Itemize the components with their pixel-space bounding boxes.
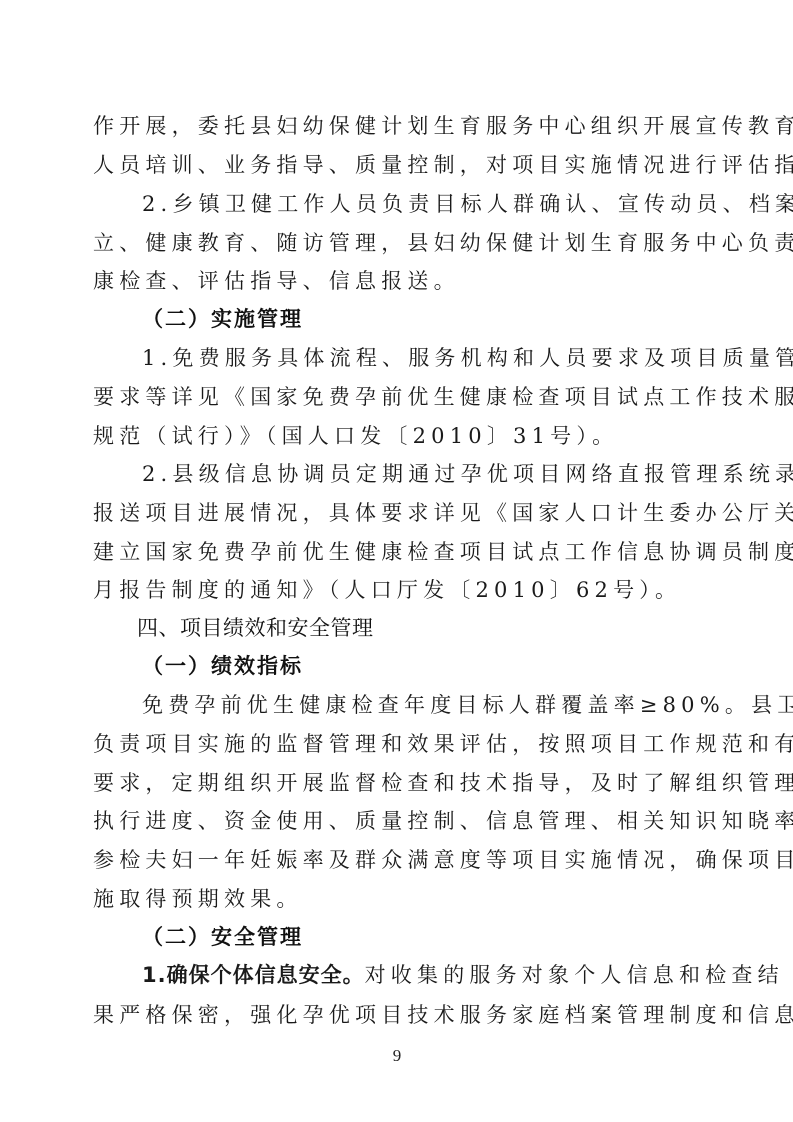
paragraph-line: 2.县级信息协调员定期通过孕优项目网络直报管理系统录入 bbox=[142, 459, 762, 489]
paragraph-line: 要求，定期组织开展监督检查和技术指导，及时了解组织管理、 bbox=[93, 768, 713, 798]
paragraph-line: 1.确保个体信息安全。对收集的服务对象个人信息和检查结 bbox=[142, 960, 762, 990]
paragraph-line: 要求等详见《国家免费孕前优生健康检查项目试点工作技术服务 bbox=[93, 382, 713, 412]
paragraph-line: 免费孕前优生健康检查年度目标人群覆盖率≥80%。县卫健委 bbox=[142, 690, 762, 720]
page-number: 9 bbox=[389, 1046, 405, 1066]
paragraph-line: 建立国家免费孕前优生健康检查项目试点工作信息协调员制度和 bbox=[93, 537, 713, 567]
document-page: 作开展，委托县妇幼保健计划生育服务中心组织开展宣传教育、 人员培训、业务指导、质… bbox=[0, 0, 793, 1122]
paragraph-line: 施取得预期效果。 bbox=[93, 884, 713, 914]
paragraph-text: 对收集的服务对象个人信息和检查结 bbox=[365, 963, 784, 987]
paragraph-line: 参检夫妇一年妊娠率及群众满意度等项目实施情况，确保项目实 bbox=[93, 845, 713, 875]
chapter-heading-performance-safety: 四、项目绩效和安全管理 bbox=[137, 613, 757, 643]
paragraph-line: 月报告制度的通知》（人口厅发〔2010〕62号）。 bbox=[93, 575, 713, 605]
section-heading-safety-management: （二）安全管理 bbox=[142, 922, 762, 952]
paragraph-line: 规范（试行）》（国人口发〔2010〕31号）。 bbox=[93, 421, 713, 451]
paragraph-line: 康检查、评估指导、信息报送。 bbox=[93, 266, 713, 296]
section-heading-implementation: （二）实施管理 bbox=[142, 304, 762, 334]
paragraph-line: 立、健康教育、随访管理，县妇幼保健计划生育服务中心负责健 bbox=[93, 228, 713, 258]
paragraph-line: 人员培训、业务指导、质量控制，对项目实施情况进行评估指导。 bbox=[93, 150, 713, 180]
section-heading-performance-indicators: （一）绩效指标 bbox=[142, 651, 762, 681]
paragraph-line: 1.免费服务具体流程、服务机构和人员要求及项目质量管理 bbox=[142, 343, 762, 373]
paragraph-line: 报送项目进展情况，具体要求详见《国家人口计生委办公厅关于 bbox=[93, 498, 713, 528]
paragraph-line: 执行进度、资金使用、质量控制、信息管理、相关知识知晓率、 bbox=[93, 806, 713, 836]
paragraph-line: 作开展，委托县妇幼保健计划生育服务中心组织开展宣传教育、 bbox=[93, 111, 713, 141]
bold-lead-text: 1.确保个体信息安全。 bbox=[142, 963, 365, 987]
paragraph-line: 果严格保密，强化孕优项目技术服务家庭档案管理制度和信息保 bbox=[93, 1000, 713, 1030]
paragraph-line: 2.乡镇卫健工作人员负责目标人群确认、宣传动员、档案建 bbox=[142, 189, 762, 219]
paragraph-line: 负责项目实施的监督管理和效果评估，按照项目工作规范和有关 bbox=[93, 729, 713, 759]
